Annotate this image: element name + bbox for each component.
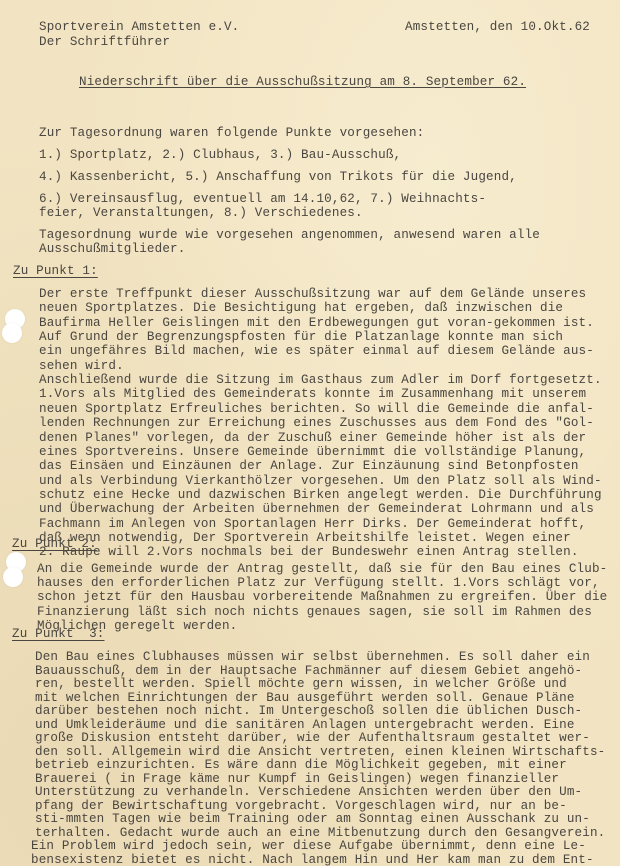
agenda-line: 6.) Vereinsausflug, eventuell am 14.10,6… (39, 192, 486, 206)
body-line: sti-mmten Tagen wie beim Training oder a… (35, 812, 590, 826)
body-line: mit welchen Einrichtungen der Bau ausgef… (35, 691, 575, 705)
section-heading-punkt-2: Zu Punkt 2: (12, 537, 97, 551)
body-line: Auf Grund der Begrenzungspfosten für die… (39, 330, 563, 344)
body-line: pfang der Bewirtschaftung vorgebracht. V… (35, 799, 567, 813)
body-line: daß wenn notwendig, Der Sportverein Arbe… (39, 531, 571, 545)
body-line: den soll. Allgemein wird die Ansicht ver… (35, 745, 605, 759)
body-line: ein ungefähres Bild machen, wie es späte… (39, 344, 594, 358)
document-title: Niederschrift über die Ausschußsitzung a… (79, 75, 526, 89)
body-line: große Diskusion entsteht darüber, wie de… (35, 731, 590, 745)
body-line: Den Bau eines Clubhauses müssen wir selb… (35, 650, 590, 664)
body-line: denen Planes" vorlegen, da der Zuschuß e… (39, 431, 586, 445)
body-line: neuen Sportplatzes. Die Besichtigung hat… (39, 301, 563, 315)
body-line: Finanzierung läßt sich noch nichts genau… (37, 605, 592, 619)
body-line: Unterstützung zu verhandeln. Verschieden… (35, 785, 582, 799)
agenda-intro: Zur Tagesordnung waren folgende Punkte v… (39, 126, 424, 140)
body-line: und Überwachung der Arbeiten übernehmen … (39, 502, 594, 516)
body-line: Baufirma Heller Geislingen mit den Erdbe… (39, 316, 594, 330)
body-line: schon jetzt für den Hausbau vorbereitend… (37, 590, 607, 604)
organization-name: Sportverein Amstetten e.V. (39, 20, 239, 34)
body-line: eines Sportvereins. Unsere Gemeinde über… (39, 445, 586, 459)
author-role: Der Schriftführer (39, 35, 170, 49)
agenda-line: 1.) Sportplatz, 2.) Clubhaus, 3.) Bau-Au… (39, 148, 401, 162)
body-line: Der erste Treffpunkt dieser Ausschußsitz… (39, 287, 586, 301)
body-line: Anschließend wurde die Sitzung im Gastha… (39, 373, 602, 387)
body-line: hauses den erforderlichen Platz zur Verf… (37, 576, 600, 590)
body-line: terhalten. Gedacht wurde auch an eine Mi… (35, 826, 605, 840)
body-line: ren, bestellt werden. Spiell möchte gern… (35, 677, 567, 691)
body-line: bensexistenz bietet es nicht. Nach lange… (31, 853, 594, 866)
section-heading-punkt-1: Zu Punkt 1: (13, 264, 98, 278)
body-line: An die Gemeinde wurde der Antrag gestell… (37, 562, 607, 576)
place-date: Amstetten, den 10.Okt.62 (405, 20, 590, 34)
body-line: Bauausschuß, dem in der Hauptsache Fachm… (35, 664, 582, 678)
body-line: betrieb einzurichten. Es wäre dann die M… (35, 758, 567, 772)
body-line: 1.Vors als Mitglied des Gemeinderats kon… (39, 387, 586, 401)
punch-hole (2, 323, 22, 343)
body-line: und Umkleideräume und die sanitären Anla… (35, 718, 575, 732)
punch-hole (3, 567, 23, 587)
body-line: Fachmann im Anlegen von Sportanlagen Her… (39, 517, 586, 531)
section-heading-punkt-3: Zu Punkt 3: (12, 627, 105, 641)
body-line: Brauerei ( in Frage käme nur Kumpf in Ge… (35, 772, 559, 786)
body-line: schutz eine Hecke und dazwischen Birken … (39, 488, 602, 502)
agenda-accepted: Tagesordnung wurde wie vorgesehen angeno… (39, 228, 540, 242)
body-line: das Einsäen und Einzäunen der Anlage. Zu… (39, 459, 579, 473)
body-line: und als Verbindung Vierkanthölzer vorges… (39, 474, 602, 488)
agenda-line: feier, Veranstaltungen, 8.) Verschiedene… (39, 206, 363, 220)
body-line: 2. Raupe will 2.Vors nochmals bei der Bu… (39, 545, 579, 559)
body-line: lenden Rechnungen zur Erreichung eines Z… (39, 416, 594, 430)
body-line: neuen Sportplatz Erfreuliches berichten.… (39, 402, 594, 416)
agenda-accepted: Ausschußmitglieder. (39, 242, 185, 256)
agenda-line: 4.) Kassenbericht, 5.) Anschaffung von T… (39, 170, 517, 184)
body-line: Ein Problem wird jedoch sein, wer diese … (31, 839, 586, 853)
body-line: darüber bestehen noch nicht. Im Unterges… (35, 704, 582, 718)
body-line: sehen wird. (39, 359, 124, 373)
